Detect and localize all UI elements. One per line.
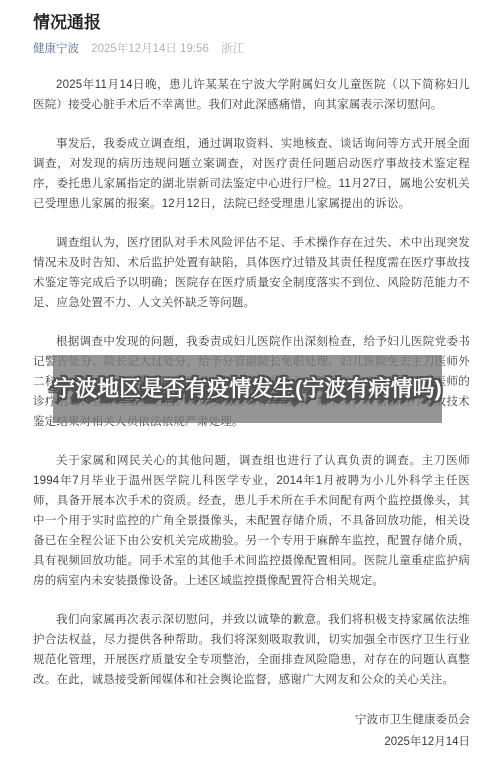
publish-location: 浙江 [221,43,244,55]
article-paragraph: 2025年11月14日晚，患儿许某某在宁波大学附属妇女儿童医院（以下简称妇儿医院… [33,75,470,115]
signature-date: 2025年12月14日 [33,731,470,753]
watermark-overlay: 宁波地区是否有疫情发生(宁波有病情吗) [53,355,442,423]
publish-datetime: 2025年12月14日 19:56 [91,43,209,55]
page-title: 情况通报 [33,12,470,34]
signature-block: 宁波市卫生健康委员会 2025年12月14日 [33,709,470,753]
account-name-link[interactable]: 健康宁波 [33,43,79,55]
byline: 健康宁波 2025年12月14日 19:56 浙江 [33,42,470,57]
article-paragraph: 我们向家属再次表示深切慰问，并致以诚挚的歉意。我们将积极支持家属依法维护合法权益… [33,610,470,690]
article-page: 情况通报 健康宁波 2025年12月14日 19:56 浙江 2025年11月1… [0,0,500,776]
signature-org: 宁波市卫生健康委员会 [33,709,470,731]
article-paragraph: 关于家属和网民关心的其他问题，调查组也进行了认真负责的调查。主刀医师1994年7… [33,451,470,591]
watermark-text: 宁波地区是否有疫情发生(宁波有病情吗) [53,373,442,405]
article-paragraph: 调查组认为，医疗团队对手术风险评估不足、手术操作存在过失、术中出现突发情况未及时… [33,233,470,313]
article-paragraph: 事发后，我委成立调查组，通过调取资料、实地核查、谈话询问等方式开展全面调查，对发… [33,134,470,214]
